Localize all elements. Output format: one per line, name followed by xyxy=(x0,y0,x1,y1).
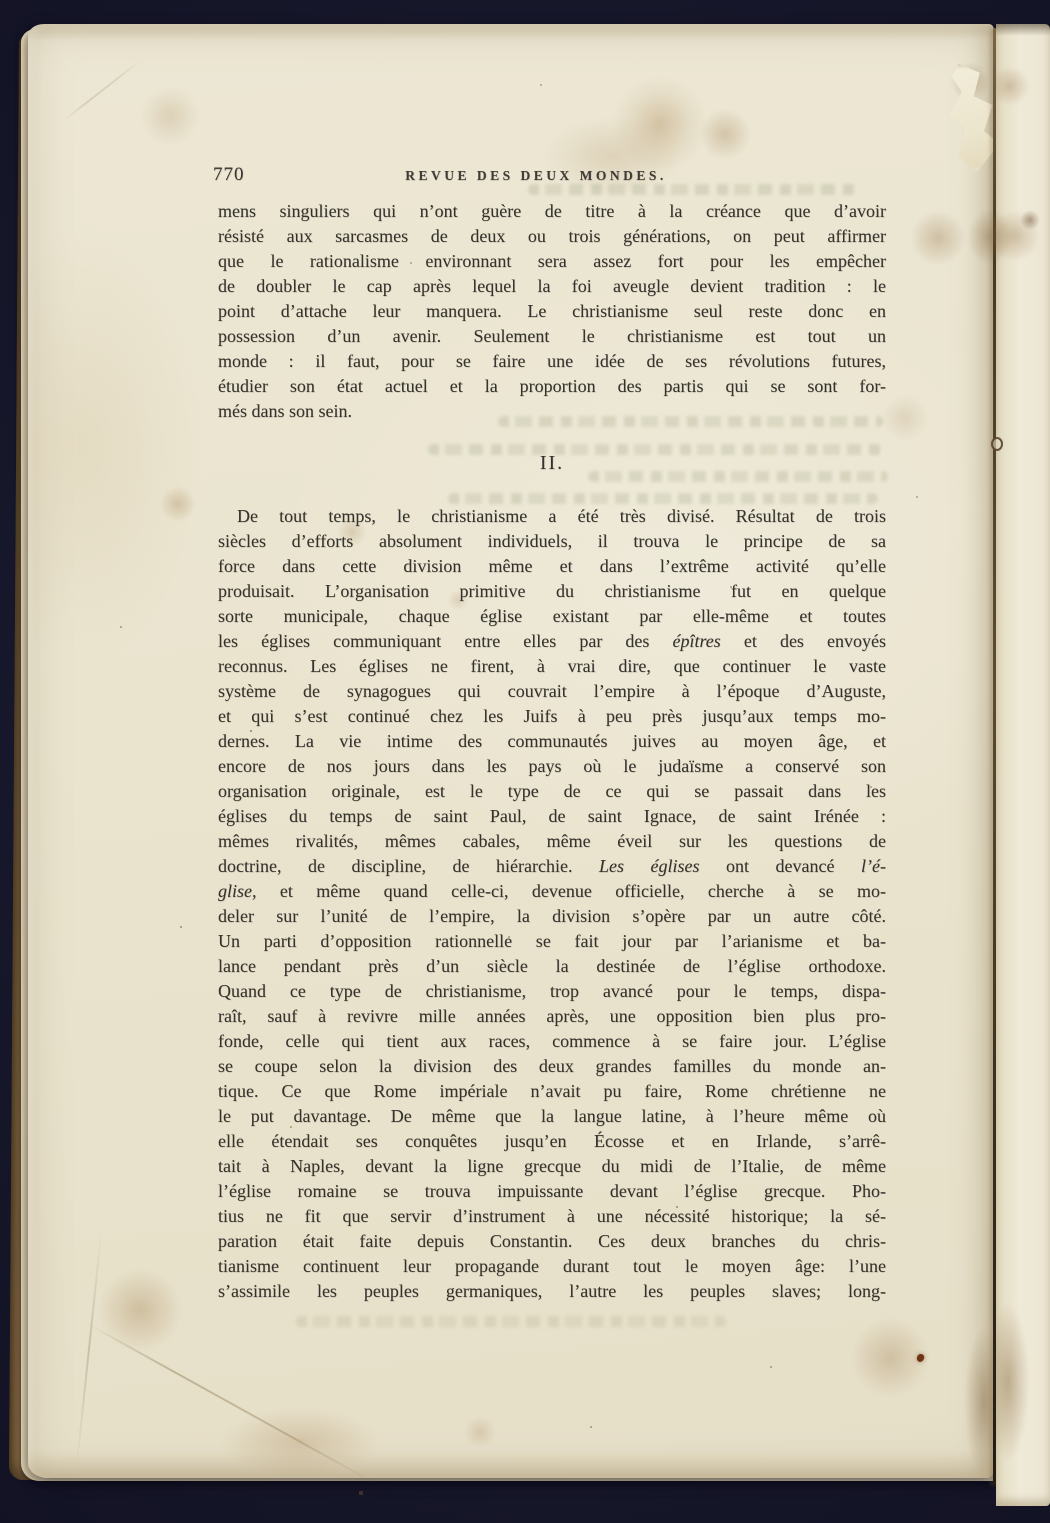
paragraph-1: mens singuliers qui n’ont guère de titre… xyxy=(218,199,886,424)
text-line: sorte municipale, chaque église existant… xyxy=(218,604,886,629)
text-line: point d’attache leur manquera. Le christ… xyxy=(218,299,886,324)
text-line: force dans cette division même et dans l… xyxy=(218,554,886,579)
text-line: monde : il faut, pour se faire une idée … xyxy=(218,349,886,374)
text-line: Un parti d’opposition rationnelle se fai… xyxy=(218,929,886,954)
text-line: encore de nos jours dans les pays où le … xyxy=(218,754,886,779)
ink-spot xyxy=(916,1353,925,1363)
scan-background: 770 REVUE DES DEUX MONDES. mens singulie… xyxy=(0,0,1050,1523)
text-line: que le rationalisme environnant sera ass… xyxy=(218,249,886,274)
text-block: mens singuliers qui n’ont guère de titre… xyxy=(218,199,886,1304)
text-line: étudier son état actuel et la proportion… xyxy=(218,374,886,399)
text-line: dernes. La vie intime des communautés ju… xyxy=(218,729,886,754)
text-line: més dans son sein. xyxy=(218,399,886,424)
text-line: lance pendant près d’un siècle la destin… xyxy=(218,954,886,979)
text-line: paration était faite depuis Constantin. … xyxy=(218,1229,886,1254)
text-line: les églises communiquant entre elles par… xyxy=(218,629,886,654)
text-line: produisait. L’organisation primitive du … xyxy=(218,579,886,604)
text-line: reconnus. Les églises ne firent, à vrai … xyxy=(218,654,886,679)
text-line: elle étendait ses conquêtes jusqu’en Éco… xyxy=(218,1129,886,1154)
running-header: REVUE DES DEUX MONDES. xyxy=(202,165,870,187)
text-line: Quand ce type de christianisme, trop ava… xyxy=(218,979,886,1004)
text-line: l’église romaine se trouva impuissante d… xyxy=(218,1179,886,1204)
gutter-stain xyxy=(968,208,1012,266)
text-line: tique. Ce que Rome impériale n’avait pu … xyxy=(218,1079,886,1104)
text-line: organisation originale, est le type de c… xyxy=(218,779,886,804)
text-line: tianisme continuent leur propagande dura… xyxy=(218,1254,886,1279)
text-line: et qui s’est continué chez les Juifs à p… xyxy=(218,704,886,729)
text-line: raît, sauf à revivre mille années après,… xyxy=(218,1004,886,1029)
text-line: le put davantage. De même que la langue … xyxy=(218,1104,886,1129)
wormhole-mark xyxy=(991,437,1003,451)
text-line: glise, et même quand celle-ci, devenue o… xyxy=(218,879,886,904)
paper-crease xyxy=(75,1230,102,1469)
paper-speckles xyxy=(28,24,30,26)
text-line: système de synagogues qui couvrait l’emp… xyxy=(218,679,886,704)
text-line: doctrine, de discipline, de hiérarchie. … xyxy=(218,854,886,879)
text-line: fonde, celle qui tient aux races, commen… xyxy=(218,1029,886,1054)
text-line: résisté aux sarcasmes de deux ou trois g… xyxy=(218,224,886,249)
text-line: de doubler le cap après lequel la foi av… xyxy=(218,274,886,299)
text-line: De tout temps, le christianisme a été tr… xyxy=(218,504,886,529)
text-line: mens singuliers qui n’ont guère de titre… xyxy=(218,199,886,224)
text-line: mêmes rivalités, mêmes cabales, même éve… xyxy=(218,829,886,854)
paragraph-2: De tout temps, le christianisme a été tr… xyxy=(218,504,886,1304)
text-line: tius ne fit que servir d’instrument à un… xyxy=(218,1204,886,1229)
text-line: églises du temps de saint Paul, de saint… xyxy=(218,804,886,829)
text-line: tait à Naples, devant la ligne grecque d… xyxy=(218,1154,886,1179)
section-heading: II. xyxy=(218,451,886,476)
text-line: possession d’un avenir. Seulement le chr… xyxy=(218,324,886,349)
text-line: se coupe selon la division des deux gran… xyxy=(218,1054,886,1079)
text-line: deler sur l’unité de l’empire, la divisi… xyxy=(218,904,886,929)
text-line: s’assimile les peuples germaniques, l’au… xyxy=(218,1279,886,1304)
book-page: 770 REVUE DES DEUX MONDES. mens singulie… xyxy=(28,24,994,1478)
paper-crease xyxy=(63,61,139,121)
bleed-through-text xyxy=(296,1316,726,1327)
text-line: siècles d’efforts absolument individuels… xyxy=(218,529,886,554)
paper-crease xyxy=(86,1322,376,1484)
